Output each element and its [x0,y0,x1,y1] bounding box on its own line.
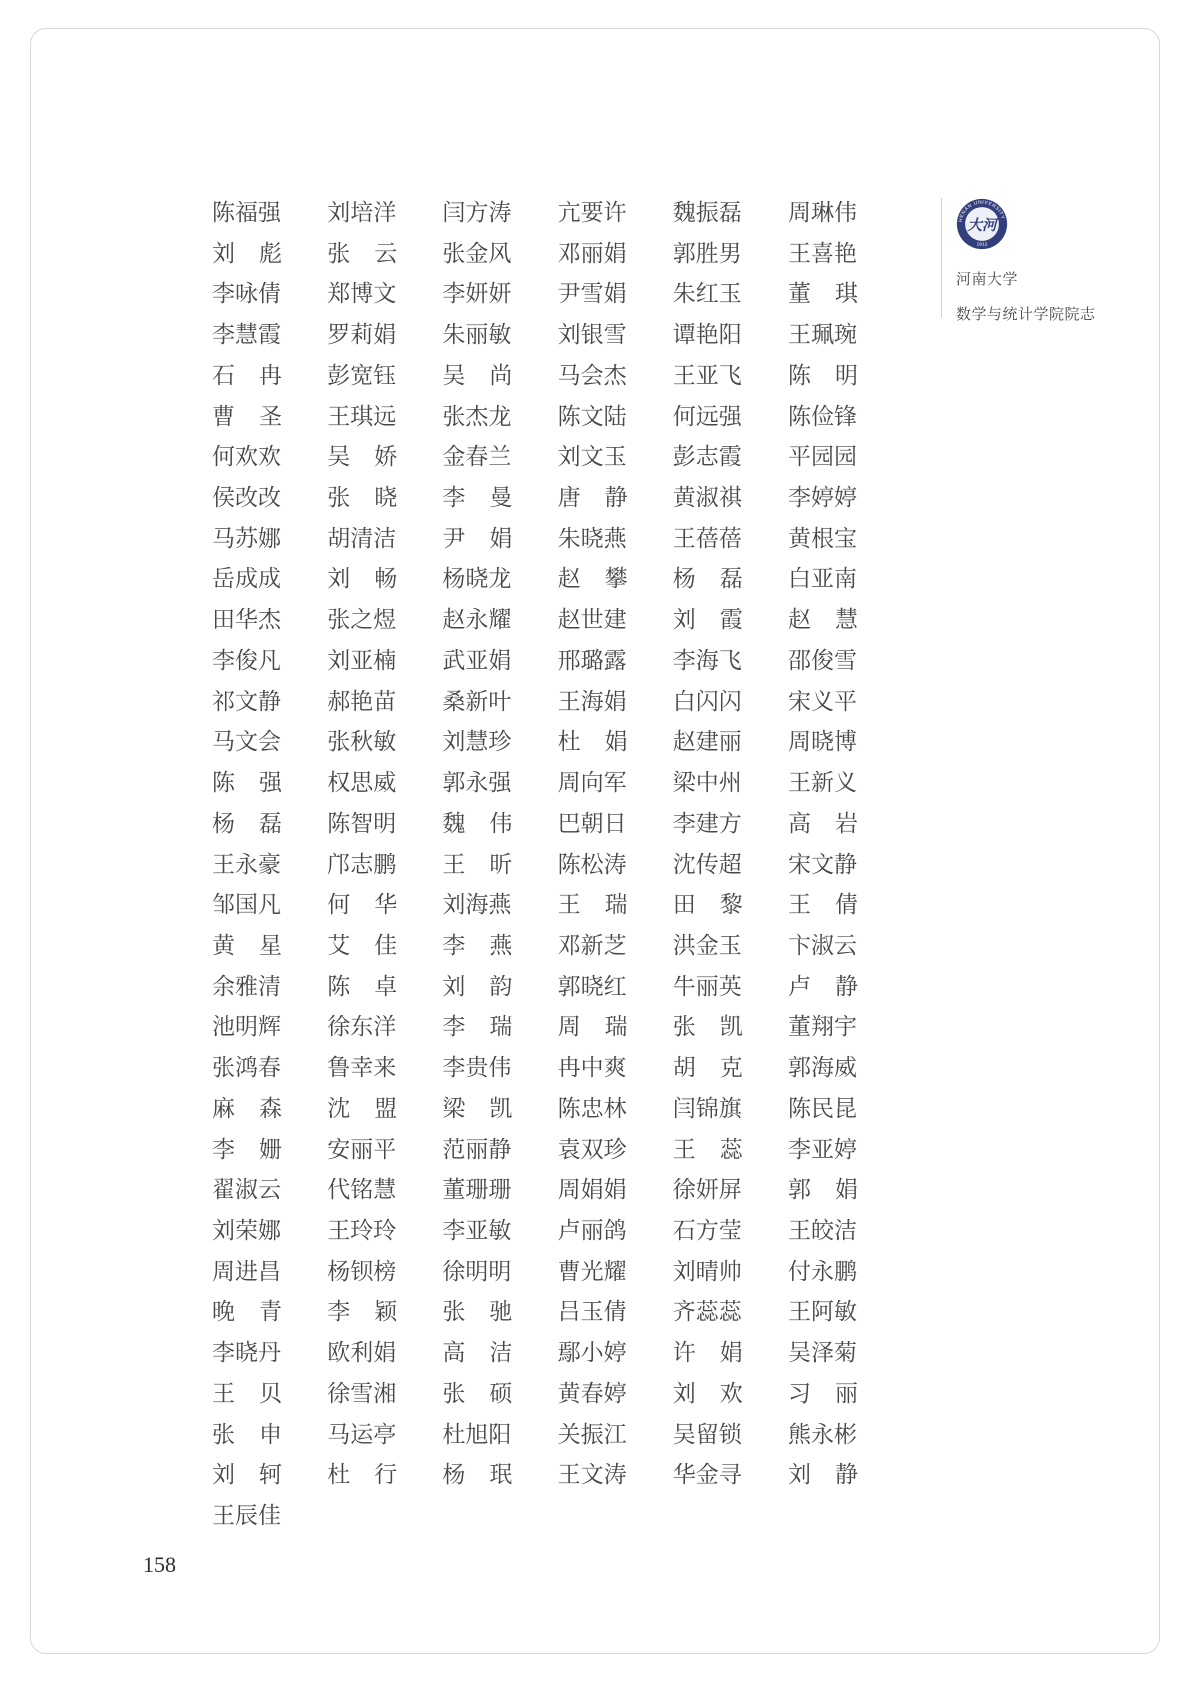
roster-name: 侯改改 [212,486,282,509]
roster-name: 卞淑云 [788,934,858,957]
roster-name: 张凯 [673,1015,743,1038]
roster-name: 朱红玉 [673,282,743,305]
roster-name: 余雅清 [212,975,282,998]
roster-name: 黄淑祺 [673,486,743,509]
roster-name: 白亚南 [788,567,858,590]
roster-name: 李贵伟 [442,1056,512,1079]
roster-name: 黄春婷 [558,1382,628,1405]
roster-name: 周娟娟 [558,1178,628,1201]
roster-name: 李燕 [442,934,512,957]
roster-name: 马运亭 [327,1423,397,1446]
roster-name: 黄星 [212,934,282,957]
roster-name: 何华 [327,893,397,916]
roster-name: 陈卓 [327,975,397,998]
roster-name: 翟淑云 [212,1178,282,1201]
roster-name: 徐雪湘 [327,1382,397,1405]
roster-name: 高洁 [442,1341,512,1364]
roster-name: 卢丽鸽 [558,1219,628,1242]
roster-name: 胡清洁 [327,527,397,550]
roster-name: 李妍妍 [442,282,512,305]
roster-name: 吴娇 [327,445,397,468]
roster-name: 黄根宝 [788,527,858,550]
roster-name: 宋义平 [788,690,858,713]
roster-name: 杨磊 [673,567,743,590]
roster-name: 徐妍屏 [673,1178,743,1201]
roster-name: 鄢小婷 [558,1341,628,1364]
roster-name: 石冉 [212,364,282,387]
roster-name: 杨晓龙 [442,567,512,590]
roster-name: 张金风 [442,242,512,265]
roster-name: 王珮琬 [788,323,858,346]
roster-name: 巴朝日 [558,812,628,835]
roster-name: 刘欢 [673,1382,743,1405]
roster-name: 马文会 [212,730,282,753]
roster-name: 李慧霞 [212,323,282,346]
roster-name: 冉中爽 [558,1056,628,1079]
roster-name: 杨钡榜 [327,1260,397,1283]
roster-name: 邓丽娟 [558,242,628,265]
roster-name: 魏振磊 [673,201,743,224]
roster-name: 赵世建 [558,608,628,631]
roster-name: 鲁幸来 [327,1056,397,1079]
roster-name: 王琪远 [327,405,397,428]
roster-name: 李海飞 [673,649,743,672]
roster-name: 王玲玲 [327,1219,397,1242]
roster-name: 王喜艳 [788,242,858,265]
roster-name: 何欢欢 [212,445,282,468]
roster-name: 刘海燕 [442,893,512,916]
roster-name: 王辰佳 [212,1504,282,1527]
roster-name: 陈智明 [327,812,397,835]
roster-name: 王蓓蓓 [673,527,743,550]
roster-name: 张驰 [442,1300,512,1323]
roster-name: 张杰龙 [442,405,512,428]
roster-name: 曹光耀 [558,1260,628,1283]
roster-name: 闫锦旗 [673,1097,743,1120]
roster-name: 邵俊雪 [788,649,858,672]
roster-name: 高岩 [788,812,858,835]
roster-name: 彭志霞 [673,445,743,468]
roster-name: 王阿敏 [788,1300,858,1323]
roster-name: 平园园 [788,445,858,468]
roster-name: 陈明 [788,364,858,387]
roster-name: 郑博文 [327,282,397,305]
roster-name: 张秋敏 [327,730,397,753]
roster-name: 唐静 [558,486,628,509]
roster-name: 刘霞 [673,608,743,631]
roster-name: 麻森 [212,1097,282,1120]
roster-name: 王昕 [442,853,512,876]
roster-name: 梁凯 [442,1097,512,1120]
roster-name: 祁文静 [212,690,282,713]
roster-name: 付永鹏 [788,1260,858,1283]
roster-name: 熊永彬 [788,1423,858,1446]
roster-name: 李婷婷 [788,486,858,509]
roster-name: 王贝 [212,1382,282,1405]
page-number: 158 [143,1552,176,1578]
roster-name: 周瑞 [558,1015,628,1038]
roster-name: 陈俭锋 [788,405,858,428]
roster-name: 刘慧珍 [442,730,512,753]
roster-name: 洪金玉 [673,934,743,957]
roster-name: 马会杰 [558,364,628,387]
roster-name: 刘静 [788,1463,858,1486]
roster-name: 邢璐露 [558,649,628,672]
roster-name: 董琪 [788,282,858,305]
volume-title: 数学与统计学院院志 [956,303,1156,324]
roster-name: 王皎洁 [788,1219,858,1242]
roster-name: 关振江 [558,1423,628,1446]
roster-name: 宋文静 [788,853,858,876]
roster-name: 陈松涛 [558,853,628,876]
roster-name: 张鸿春 [212,1056,282,1079]
roster-name: 杨珉 [442,1463,512,1486]
roster-name: 曹圣 [212,405,282,428]
university-name: 河南大学 [956,268,1156,289]
roster-name: 谭艳阳 [673,323,743,346]
roster-name: 邝志鹏 [327,853,397,876]
roster-name: 桑新叶 [442,690,512,713]
roster-name: 杜旭阳 [442,1423,512,1446]
roster-name: 亢要许 [558,201,628,224]
roster-name: 郭晓红 [558,975,628,998]
roster-name: 周琳伟 [788,201,858,224]
roster-name: 刘轲 [212,1463,282,1486]
roster-name: 邓新芝 [558,934,628,957]
roster-name: 王蕊 [673,1138,743,1161]
roster-name: 闫方涛 [442,201,512,224]
header-sidebar: HENAN UNIVERSITY 1912 大河 河南大学 数学与统计学院院志 [941,198,1156,318]
roster-name: 习丽 [788,1382,858,1405]
roster-name: 尹雪娟 [558,282,628,305]
roster-name: 岳成成 [212,567,282,590]
roster-name: 张云 [327,242,397,265]
roster-name: 邹国凡 [212,893,282,916]
roster-name: 马苏娜 [212,527,282,550]
roster-name: 白闪闪 [673,690,743,713]
roster-name: 刘银雪 [558,323,628,346]
roster-name: 安丽平 [327,1138,397,1161]
roster-name: 徐东洋 [327,1015,397,1038]
roster-name: 郭永强 [442,771,512,794]
roster-name: 金春兰 [442,445,512,468]
roster-name: 权思威 [327,771,397,794]
roster-name: 罗莉娟 [327,323,397,346]
roster-name: 武亚娟 [442,649,512,672]
roster-name: 王倩 [788,893,858,916]
roster-name: 董翔宇 [788,1015,858,1038]
roster-name: 刘荣娜 [212,1219,282,1242]
roster-name: 徐明明 [442,1260,512,1283]
roster-name: 李颖 [327,1300,397,1323]
roster-name: 李姗 [212,1138,282,1161]
roster-name: 沈传超 [673,853,743,876]
roster-name: 董珊珊 [442,1178,512,1201]
roster-name: 杜娟 [558,730,628,753]
roster-name: 陈民昆 [788,1097,858,1120]
roster-grid: 陈福强刘培洋闫方涛亢要许魏振磊周琳伟刘彪张云张金风邓丽娟郭胜男王喜艳李咏倩郑博文… [212,201,858,1545]
roster-name: 郭胜男 [673,242,743,265]
roster-name: 陈福强 [212,201,282,224]
roster-name: 赵攀 [558,567,628,590]
roster-name: 吴留锁 [673,1423,743,1446]
roster-name: 魏伟 [442,812,512,835]
roster-name: 华金寻 [673,1463,743,1486]
roster-name: 刘晴帅 [673,1260,743,1283]
roster-name: 陈忠林 [558,1097,628,1120]
roster-name: 郭娟 [788,1178,858,1201]
roster-name: 李亚婷 [788,1138,858,1161]
roster-name: 李建方 [673,812,743,835]
roster-name: 王瑞 [558,893,628,916]
roster-name: 刘培洋 [327,201,397,224]
seal-year-text: 1912 [977,242,988,248]
roster-name: 郭海威 [788,1056,858,1079]
roster-name: 朱丽敏 [442,323,512,346]
roster-name: 吕玉倩 [558,1300,628,1323]
roster-name: 尹娟 [442,527,512,550]
roster-name: 王海娟 [558,690,628,713]
roster-name: 王亚飞 [673,364,743,387]
roster-name: 刘文玉 [558,445,628,468]
roster-name: 刘亚楠 [327,649,397,672]
roster-name: 范丽静 [442,1138,512,1161]
roster-name: 刘韵 [442,975,512,998]
roster-name: 杜行 [327,1463,397,1486]
roster-name: 彭宽钰 [327,364,397,387]
roster-name: 艾佳 [327,934,397,957]
roster-name: 田黎 [673,893,743,916]
roster-name: 张硕 [442,1382,512,1405]
roster-name: 刘畅 [327,567,397,590]
roster-name: 池明辉 [212,1015,282,1038]
roster-name: 朱晓燕 [558,527,628,550]
roster-name: 卢静 [788,975,858,998]
roster-name: 齐蕊蕊 [673,1300,743,1323]
roster-name: 梁中州 [673,771,743,794]
roster-name: 何远强 [673,405,743,428]
roster-name: 杨磊 [212,812,282,835]
roster-name: 牛丽英 [673,975,743,998]
roster-name: 周向军 [558,771,628,794]
roster-name: 张之煜 [327,608,397,631]
roster-name: 陈文陆 [558,405,628,428]
roster-name: 陈强 [212,771,282,794]
roster-name: 李亚敏 [442,1219,512,1242]
roster-name: 袁双珍 [558,1138,628,1161]
roster-name: 吴泽菊 [788,1341,858,1364]
document-page: 陈福强刘培洋闫方涛亢要许魏振磊周琳伟刘彪张云张金风邓丽娟郭胜男王喜艳李咏倩郑博文… [0,0,1190,1684]
roster-name: 李咏倩 [212,282,282,305]
roster-name: 张申 [212,1423,282,1446]
roster-name: 赵永耀 [442,608,512,631]
henan-university-seal-icon: HENAN UNIVERSITY 1912 大河 [956,198,1008,250]
roster-name: 胡克 [673,1056,743,1079]
roster-name: 周晓博 [788,730,858,753]
roster-name: 石方莹 [673,1219,743,1242]
roster-name: 代铭慧 [327,1178,397,1201]
roster-name: 周进昌 [212,1260,282,1283]
roster-name: 田华杰 [212,608,282,631]
roster-name: 李俊凡 [212,649,282,672]
roster-name: 晚青 [212,1300,282,1323]
roster-name: 沈盟 [327,1097,397,1120]
roster-name: 赵慧 [788,608,858,631]
roster-name: 郝艳苗 [327,690,397,713]
roster-name: 李曼 [442,486,512,509]
seal-monogram: 大河 [966,217,1000,234]
roster-name: 李晓丹 [212,1341,282,1364]
roster-name: 吴尚 [442,364,512,387]
roster-name: 张晓 [327,486,397,509]
roster-name: 李瑞 [442,1015,512,1038]
roster-name: 王文涛 [558,1463,628,1486]
roster-name: 王新义 [788,771,858,794]
roster-name: 欧利娟 [327,1341,397,1364]
roster-name: 许娟 [673,1341,743,1364]
roster-name: 王永豪 [212,853,282,876]
roster-name: 赵建丽 [673,730,743,753]
roster-name: 刘彪 [212,242,282,265]
